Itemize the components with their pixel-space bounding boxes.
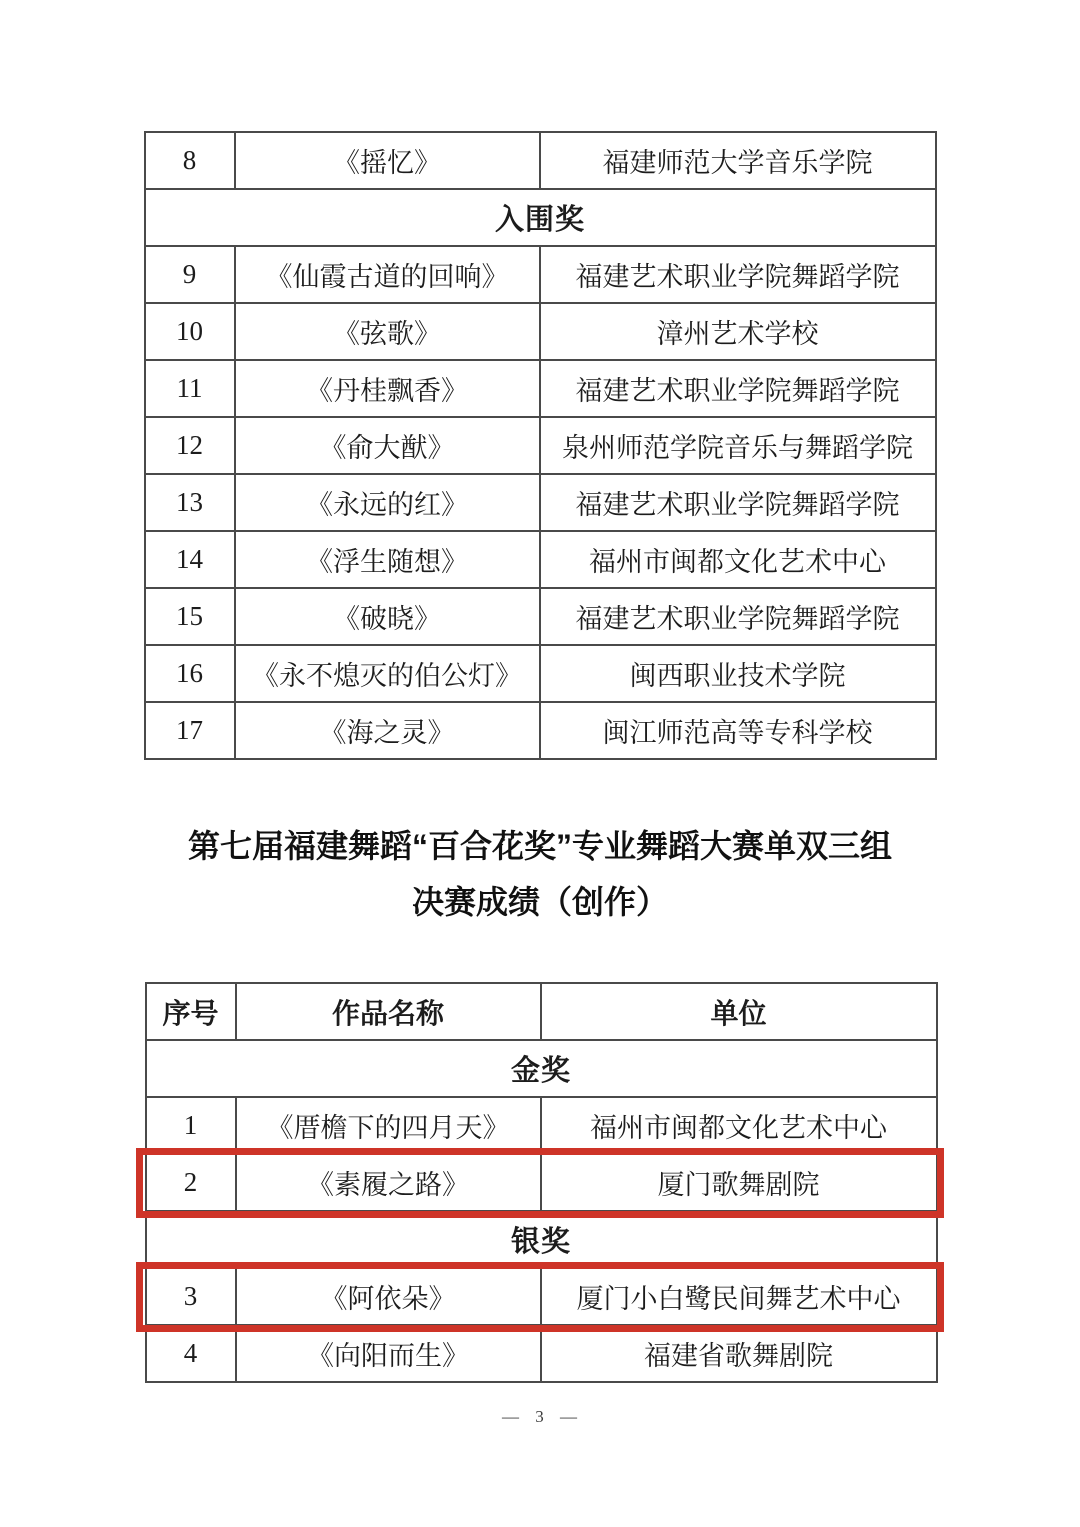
table-row: 1 《厝檐下的四月天》 福州市闽都文化艺术中心	[146, 1097, 937, 1154]
results-table-top: 8 《摇忆》 福建师范大学音乐学院 入围奖 9 《仙霞古道的回响》 福建艺术职业…	[144, 131, 937, 760]
section-row-finalist: 入围奖	[145, 189, 936, 246]
table-row-highlighted: 3 《阿依朵》 厦门小白鹭民间舞艺术中心	[146, 1268, 937, 1325]
top-table-wrap: 8 《摇忆》 福建师范大学音乐学院 入围奖 9 《仙霞古道的回响》 福建艺术职业…	[0, 0, 1080, 760]
table-row-highlighted: 2 《素履之路》 厦门歌舞剧院	[146, 1154, 937, 1211]
work-title: 《海之灵》	[235, 702, 540, 759]
work-title: 《仙霞古道的回响》	[235, 246, 540, 303]
row-number: 8	[145, 132, 235, 189]
work-title: 《阿依朵》	[236, 1268, 541, 1325]
work-title: 《素履之路》	[236, 1154, 541, 1211]
section-label-finalist: 入围奖	[145, 189, 936, 246]
table-row: 12 《俞大猷》 泉州师范学院音乐与舞蹈学院	[145, 417, 936, 474]
unit-name: 闽江师范高等专科学校	[540, 702, 936, 759]
unit-name: 福建师范大学音乐学院	[540, 132, 936, 189]
unit-name: 福州市闽都文化艺术中心	[540, 531, 936, 588]
table-row: 15 《破晓》 福建艺术职业学院舞蹈学院	[145, 588, 936, 645]
unit-name: 福建艺术职业学院舞蹈学院	[540, 474, 936, 531]
unit-name: 厦门小白鹭民间舞艺术中心	[541, 1268, 937, 1325]
header-unit: 单位	[541, 983, 937, 1040]
header-number: 序号	[146, 983, 236, 1040]
work-title: 《向阳而生》	[236, 1325, 541, 1382]
unit-name: 福州市闽都文化艺术中心	[541, 1097, 937, 1154]
work-title: 《厝檐下的四月天》	[236, 1097, 541, 1154]
unit-name: 福建艺术职业学院舞蹈学院	[540, 360, 936, 417]
document-title-line1: 第七届福建舞蹈“百合花奖”专业舞蹈大赛单双三组	[0, 818, 1080, 874]
table-row: 10 《弦歌》 漳州艺术学校	[145, 303, 936, 360]
bottom-table-wrap: 序号 作品名称 单位 金奖 1 《厝檐下的四月天》 福州市闽都文化艺术中心 2 …	[145, 982, 936, 1383]
table-row: 4 《向阳而生》 福建省歌舞剧院	[146, 1325, 937, 1382]
document-title: 第七届福建舞蹈“百合花奖”专业舞蹈大赛单双三组 决赛成绩（创作）	[0, 818, 1080, 930]
row-number: 2	[146, 1154, 236, 1211]
row-number: 14	[145, 531, 235, 588]
section-row-gold: 金奖	[146, 1040, 937, 1097]
section-label-gold: 金奖	[146, 1040, 937, 1097]
header-work-title: 作品名称	[236, 983, 541, 1040]
row-number: 12	[145, 417, 235, 474]
unit-name: 福建艺术职业学院舞蹈学院	[540, 246, 936, 303]
unit-name: 漳州艺术学校	[540, 303, 936, 360]
unit-name: 闽西职业技术学院	[540, 645, 936, 702]
row-number: 13	[145, 474, 235, 531]
header-row: 序号 作品名称 单位	[146, 983, 937, 1040]
work-title: 《破晓》	[235, 588, 540, 645]
unit-name: 泉州师范学院音乐与舞蹈学院	[540, 417, 936, 474]
row-number: 1	[146, 1097, 236, 1154]
row-number: 3	[146, 1268, 236, 1325]
work-title: 《永远的红》	[235, 474, 540, 531]
work-title: 《浮生随想》	[235, 531, 540, 588]
document-title-line2: 决赛成绩（创作）	[0, 874, 1080, 930]
unit-name: 厦门歌舞剧院	[541, 1154, 937, 1211]
table-row: 16 《永不熄灭的伯公灯》 闽西职业技术学院	[145, 645, 936, 702]
work-title: 《弦歌》	[235, 303, 540, 360]
unit-name: 福建艺术职业学院舞蹈学院	[540, 588, 936, 645]
table-row: 17 《海之灵》 闽江师范高等专科学校	[145, 702, 936, 759]
work-title: 《摇忆》	[235, 132, 540, 189]
work-title: 《丹桂飘香》	[235, 360, 540, 417]
page-number: — 3 —	[0, 1407, 1080, 1427]
row-number: 11	[145, 360, 235, 417]
row-number: 17	[145, 702, 235, 759]
unit-name: 福建省歌舞剧院	[541, 1325, 937, 1382]
row-number: 16	[145, 645, 235, 702]
table-row: 13 《永远的红》 福建艺术职业学院舞蹈学院	[145, 474, 936, 531]
work-title: 《永不熄灭的伯公灯》	[235, 645, 540, 702]
section-label-silver: 银奖	[146, 1211, 937, 1268]
results-table-bottom: 序号 作品名称 单位 金奖 1 《厝檐下的四月天》 福州市闽都文化艺术中心 2 …	[145, 982, 938, 1383]
row-number: 9	[145, 246, 235, 303]
row-number: 15	[145, 588, 235, 645]
section-row-silver: 银奖	[146, 1211, 937, 1268]
table-row: 9 《仙霞古道的回响》 福建艺术职业学院舞蹈学院	[145, 246, 936, 303]
row-number: 4	[146, 1325, 236, 1382]
row-number: 10	[145, 303, 235, 360]
work-title: 《俞大猷》	[235, 417, 540, 474]
table-row: 11 《丹桂飘香》 福建艺术职业学院舞蹈学院	[145, 360, 936, 417]
table-row: 14 《浮生随想》 福州市闽都文化艺术中心	[145, 531, 936, 588]
table-row: 8 《摇忆》 福建师范大学音乐学院	[145, 132, 936, 189]
document-page: 8 《摇忆》 福建师范大学音乐学院 入围奖 9 《仙霞古道的回响》 福建艺术职业…	[0, 0, 1080, 1527]
